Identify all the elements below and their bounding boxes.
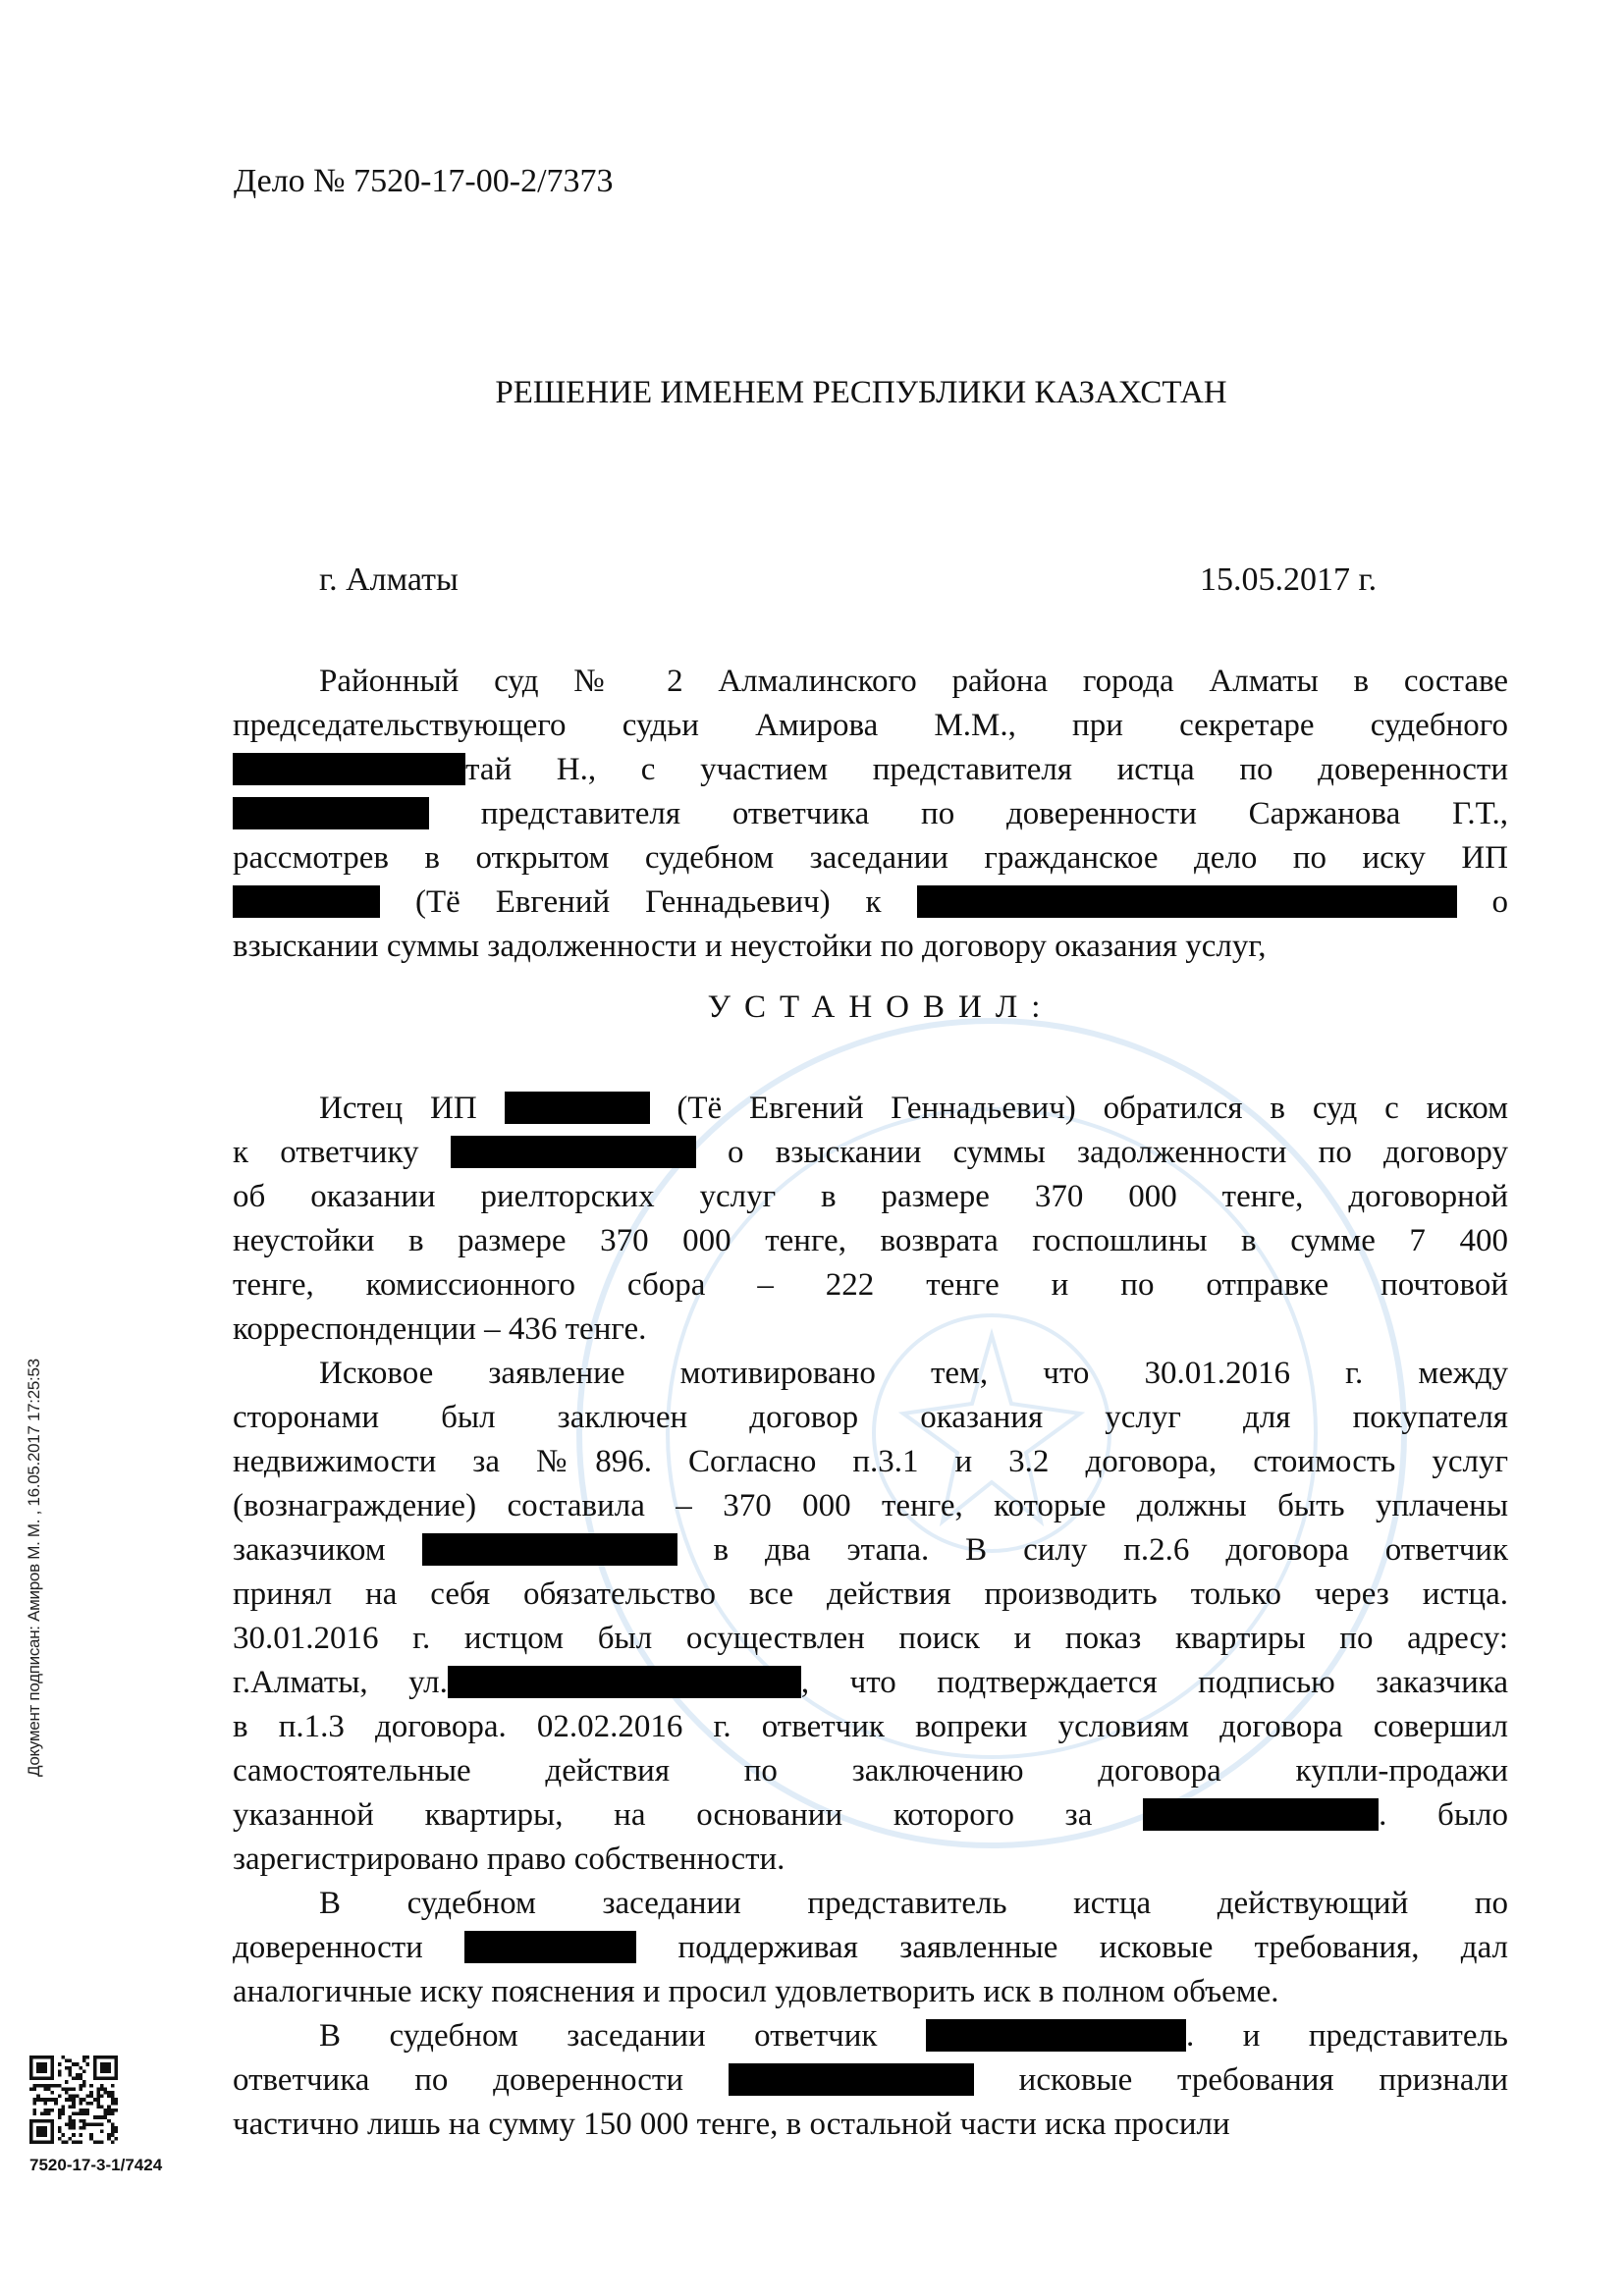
document-page: Дело № 7520-17-00-2/7373 РЕШЕНИЕ ИМЕНЕМ … xyxy=(0,0,1624,2296)
text-line: Районный суд № 2 Алмалинского района гор… xyxy=(319,660,1508,704)
section-heading: УСТАНОВИЛ: xyxy=(0,989,1624,1026)
text-line: аналогичные иску пояснения и просил удов… xyxy=(233,1970,1508,2014)
document-code: 7520-17-3-1/7424 xyxy=(29,2156,162,2175)
redaction-box xyxy=(422,1533,677,1566)
text-line: тенге, комиссионного сбора – 222 тенге и… xyxy=(233,1263,1508,1308)
text-line: 30.01.2016 г. истцом был осуществлен пои… xyxy=(233,1617,1508,1661)
redaction-box xyxy=(1143,1798,1379,1831)
text-line: самостоятельные действия по заключению д… xyxy=(233,1749,1508,1793)
case-number: Дело № 7520-17-00-2/7373 xyxy=(234,163,614,200)
redaction-box xyxy=(451,1136,696,1168)
document-title: РЕШЕНИЕ ИМЕНЕМ РЕСПУБЛИКИ КАЗАХСТАН xyxy=(0,375,1624,411)
redaction-box xyxy=(233,885,380,918)
city: г. Алматы xyxy=(319,561,459,599)
text-line: принял на себя обязательство все действи… xyxy=(233,1573,1508,1617)
text-line: Истец ИП (Тё Евгений Геннадьевич) обрати… xyxy=(319,1087,1508,1131)
text-line: ответчика по доверенности исковые требов… xyxy=(233,2058,1508,2103)
text-line: зарегистрировано право собственности. xyxy=(233,1838,1508,1882)
redaction-box xyxy=(917,885,1457,918)
redaction-box xyxy=(233,797,429,829)
text-line: сторонами был заключен договор оказания … xyxy=(233,1396,1508,1440)
text-line: В судебном заседании представитель истца… xyxy=(319,1882,1508,1926)
text-line: Исковое заявление мотивировано тем, что … xyxy=(319,1352,1508,1396)
text-line: председательствующего судьи Амирова М.М.… xyxy=(233,704,1508,748)
redaction-box xyxy=(926,2019,1186,2052)
redaction-box xyxy=(505,1092,650,1124)
text-line: В судебном заседании ответчик . и предст… xyxy=(319,2014,1508,2058)
qr-code-icon xyxy=(29,2056,118,2144)
text-line: (вознаграждение) составила – 370 000 тен… xyxy=(233,1484,1508,1528)
decision-date: 15.05.2017 г. xyxy=(1200,561,1377,599)
text-line: в п.1.3 договора. 02.02.2016 г. ответчик… xyxy=(233,1705,1508,1749)
text-line: недвижимости за №896. Согласно п.3.1 и 3… xyxy=(233,1440,1508,1484)
text-line: представителя ответчика по доверенности … xyxy=(233,792,1508,836)
text-line: г.Алматы, ул., что подтверждается подпис… xyxy=(233,1661,1508,1705)
text-line: частично лишь на сумму 150 000 тенге, в … xyxy=(233,2103,1508,2147)
text-line: доверенности поддерживая заявленные иско… xyxy=(233,1926,1508,1970)
redaction-box xyxy=(448,1666,801,1698)
redaction-box xyxy=(233,753,465,785)
text-line: тай Н., с участием представителя истца п… xyxy=(233,748,1508,792)
text-line: заказчиком в два этапа. В силу п.2.6 дог… xyxy=(233,1528,1508,1573)
text-line: неустойки в размере 370 000 тенге, возвр… xyxy=(233,1219,1508,1263)
text-line: корреспонденции – 436 тенге. xyxy=(233,1308,1508,1352)
redaction-box xyxy=(729,2063,974,2096)
signature-stamp: Документ подписан: Амиров М. М. , 16.05.… xyxy=(25,1359,44,1777)
text-line: к ответчику о взыскании суммы задолженно… xyxy=(233,1131,1508,1175)
text-line: указанной квартиры, на основании которог… xyxy=(233,1793,1508,1838)
redaction-box xyxy=(464,1931,636,1963)
text-line: об оказании риелторских услуг в размере … xyxy=(233,1175,1508,1219)
text-line: (Тё Евгений Геннадьевич) к о xyxy=(233,881,1508,925)
text-line: рассмотрев в открытом судебном заседании… xyxy=(233,836,1508,881)
text-line: взыскании суммы задолженности и неустойк… xyxy=(233,925,1508,969)
